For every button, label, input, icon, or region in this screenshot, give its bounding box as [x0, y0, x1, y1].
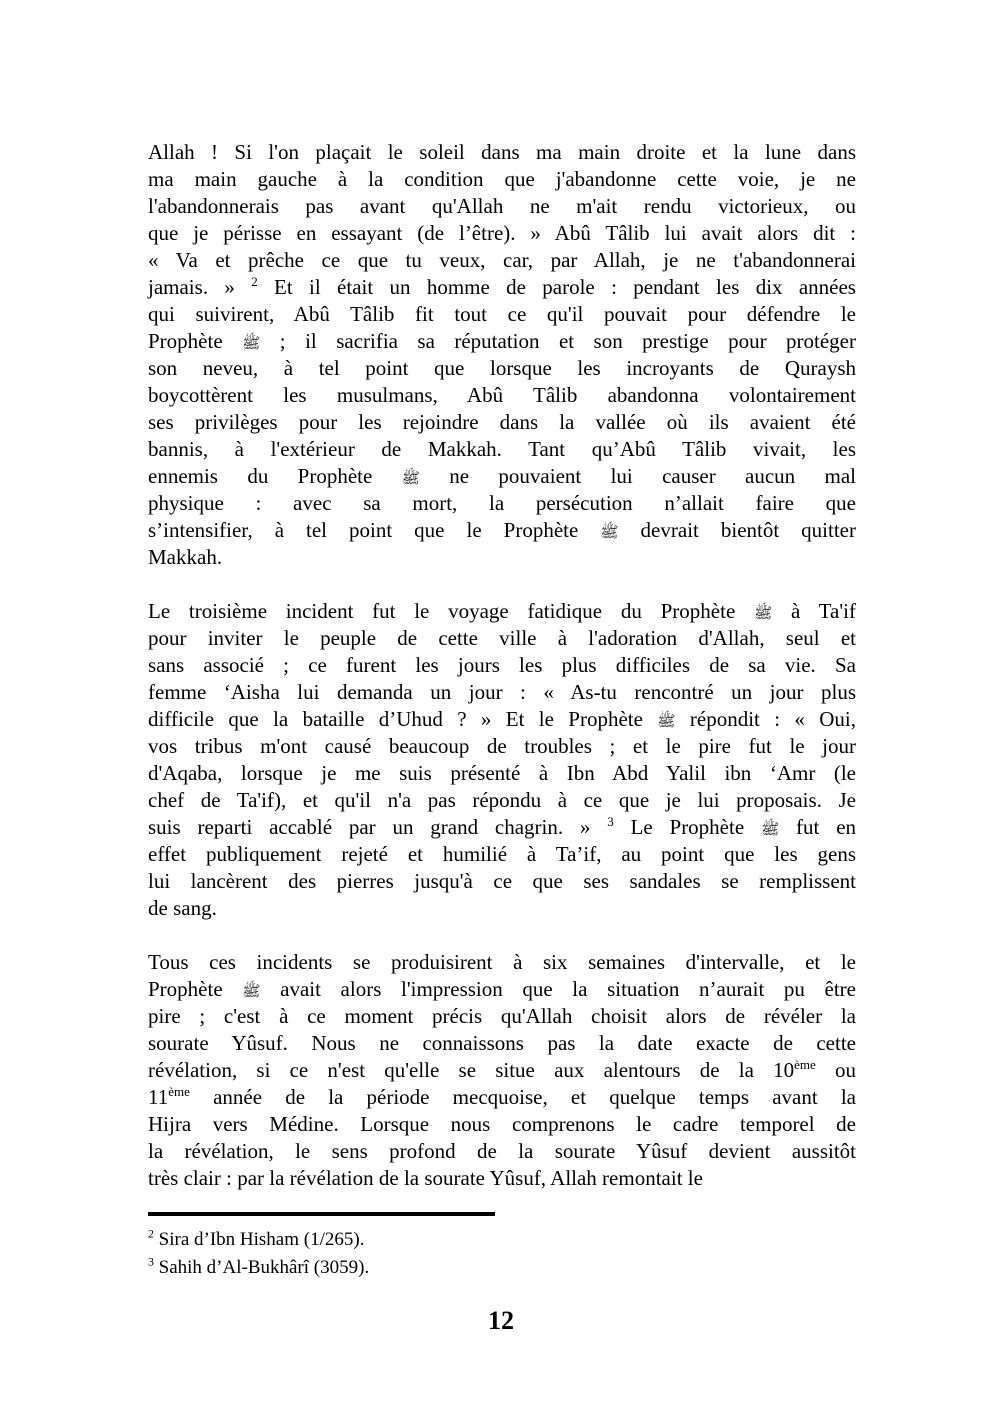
- text-line: Prophète ﷺ ; il sacrifia sa réputation e…: [148, 328, 856, 355]
- document-page: { "page": { "number": "12", "background"…: [0, 0, 1002, 1422]
- text-line: s’intensifier, à tel point que le Prophè…: [148, 517, 856, 544]
- prophet-honorific-icon: ﷺ: [754, 604, 772, 622]
- footnote-marker: 3: [148, 1256, 154, 1269]
- text-line: la révélation, le sens profond de la sou…: [148, 1138, 856, 1165]
- text-line: « Va et prêche ce que tu veux, car, par …: [148, 247, 856, 274]
- footnote: 3 Sahih d’Al-Bukhârî (3059).: [148, 1254, 856, 1282]
- text-line: ses privilèges pour les rejoindre dans l…: [148, 409, 856, 436]
- text-line: Hijra vers Médine. Lorsque nous compreno…: [148, 1111, 856, 1138]
- prophet-honorific-icon: ﷺ: [600, 523, 618, 541]
- text-line: difficile que la bataille d’Uhud ? » Et …: [148, 706, 856, 733]
- text-line: très clair : par la révélation de la sou…: [148, 1165, 856, 1192]
- paragraphs: Allah ! Si l'on plaçait le soleil dans m…: [148, 139, 856, 1192]
- footnote-list: 2 Sira d’Ibn Hisham (1/265).3 Sahih d’Al…: [148, 1226, 856, 1282]
- text-line: 11ème année de la période mecquoise, et …: [148, 1084, 856, 1111]
- text-line: ennemis du Prophète ﷺ ne pouvaient lui c…: [148, 463, 856, 490]
- text-line: effet publiquement rejeté et humilié à T…: [148, 841, 856, 868]
- paragraph: Le troisième incident fut le voyage fati…: [148, 598, 856, 922]
- text-line: d'Aqaba, lorsque je me suis présenté à I…: [148, 760, 856, 787]
- footnote-marker: 2: [148, 1228, 154, 1241]
- prophet-honorific-icon: ﷺ: [657, 712, 675, 730]
- text-line: Makkah.: [148, 544, 856, 571]
- text-line: qui suivirent, Abû Tâlib fit tout ce qu'…: [148, 301, 856, 328]
- text-line: pour inviter le peuple de cette ville à …: [148, 625, 856, 652]
- text-line: Allah ! Si l'on plaçait le soleil dans m…: [148, 139, 856, 166]
- text-line: de sang.: [148, 895, 856, 922]
- text-line: pire ; c'est à ce moment précis qu'Allah…: [148, 1003, 856, 1030]
- text-line: Tous ces incidents se produisirent à six…: [148, 949, 856, 976]
- text-line: jamais. » 2 Et il était un homme de paro…: [148, 274, 856, 301]
- text-line: sans associé ; ce furent les jours les p…: [148, 652, 856, 679]
- footnote-section: 2 Sira d’Ibn Hisham (1/265).3 Sahih d’Al…: [148, 1212, 856, 1282]
- text-line: sourate Yûsuf. Nous ne connaissons pas l…: [148, 1030, 856, 1057]
- text-line: ma main gauche à la condition que j'aban…: [148, 166, 856, 193]
- text-line: suis reparti accablé par un grand chagri…: [148, 814, 856, 841]
- prophet-honorific-icon: ﷺ: [402, 469, 420, 487]
- text-line: physique : avec sa mort, la persécution …: [148, 490, 856, 517]
- prophet-honorific-icon: ﷺ: [242, 982, 260, 1000]
- text-line: chef de Ta'if), et qu'il n'a pas répondu…: [148, 787, 856, 814]
- superscript-text: ème: [168, 1084, 190, 1099]
- footnote-separator-rule: [148, 1212, 495, 1216]
- text-line: Prophète ﷺ avait alors l'impression que …: [148, 976, 856, 1003]
- superscript-text: ème: [794, 1057, 816, 1072]
- text-line: vos tribus m'ont causé beaucoup de troub…: [148, 733, 856, 760]
- body-text: Allah ! Si l'on plaçait le soleil dans m…: [148, 139, 856, 1219]
- text-line: lui lancèrent des pierres jusqu'à ce que…: [148, 868, 856, 895]
- prophet-honorific-icon: ﷺ: [242, 334, 260, 352]
- superscript-text: 3: [607, 814, 614, 829]
- text-line: son neveu, à tel point que lorsque les i…: [148, 355, 856, 382]
- text-line: révélation, si ce n'est qu'elle se situe…: [148, 1057, 856, 1084]
- text-line: bannis, à l'extérieur de Makkah. Tant qu…: [148, 436, 856, 463]
- paragraph: Allah ! Si l'on plaçait le soleil dans m…: [148, 139, 856, 571]
- page-number: 12: [0, 1306, 1002, 1336]
- superscript-text: 2: [251, 274, 258, 289]
- text-line: que je périsse en essayant (de l’être). …: [148, 220, 856, 247]
- prophet-honorific-icon: ﷺ: [761, 820, 779, 838]
- paragraph: Tous ces incidents se produisirent à six…: [148, 949, 856, 1192]
- footnote: 2 Sira d’Ibn Hisham (1/265).: [148, 1226, 856, 1254]
- text-line: boycottèrent les musulmans, Abû Tâlib ab…: [148, 382, 856, 409]
- text-line: femme ‘Aisha lui demanda un jour : « As-…: [148, 679, 856, 706]
- text-line: Le troisième incident fut le voyage fati…: [148, 598, 856, 625]
- text-line: l'abandonnerais pas avant qu'Allah ne m'…: [148, 193, 856, 220]
